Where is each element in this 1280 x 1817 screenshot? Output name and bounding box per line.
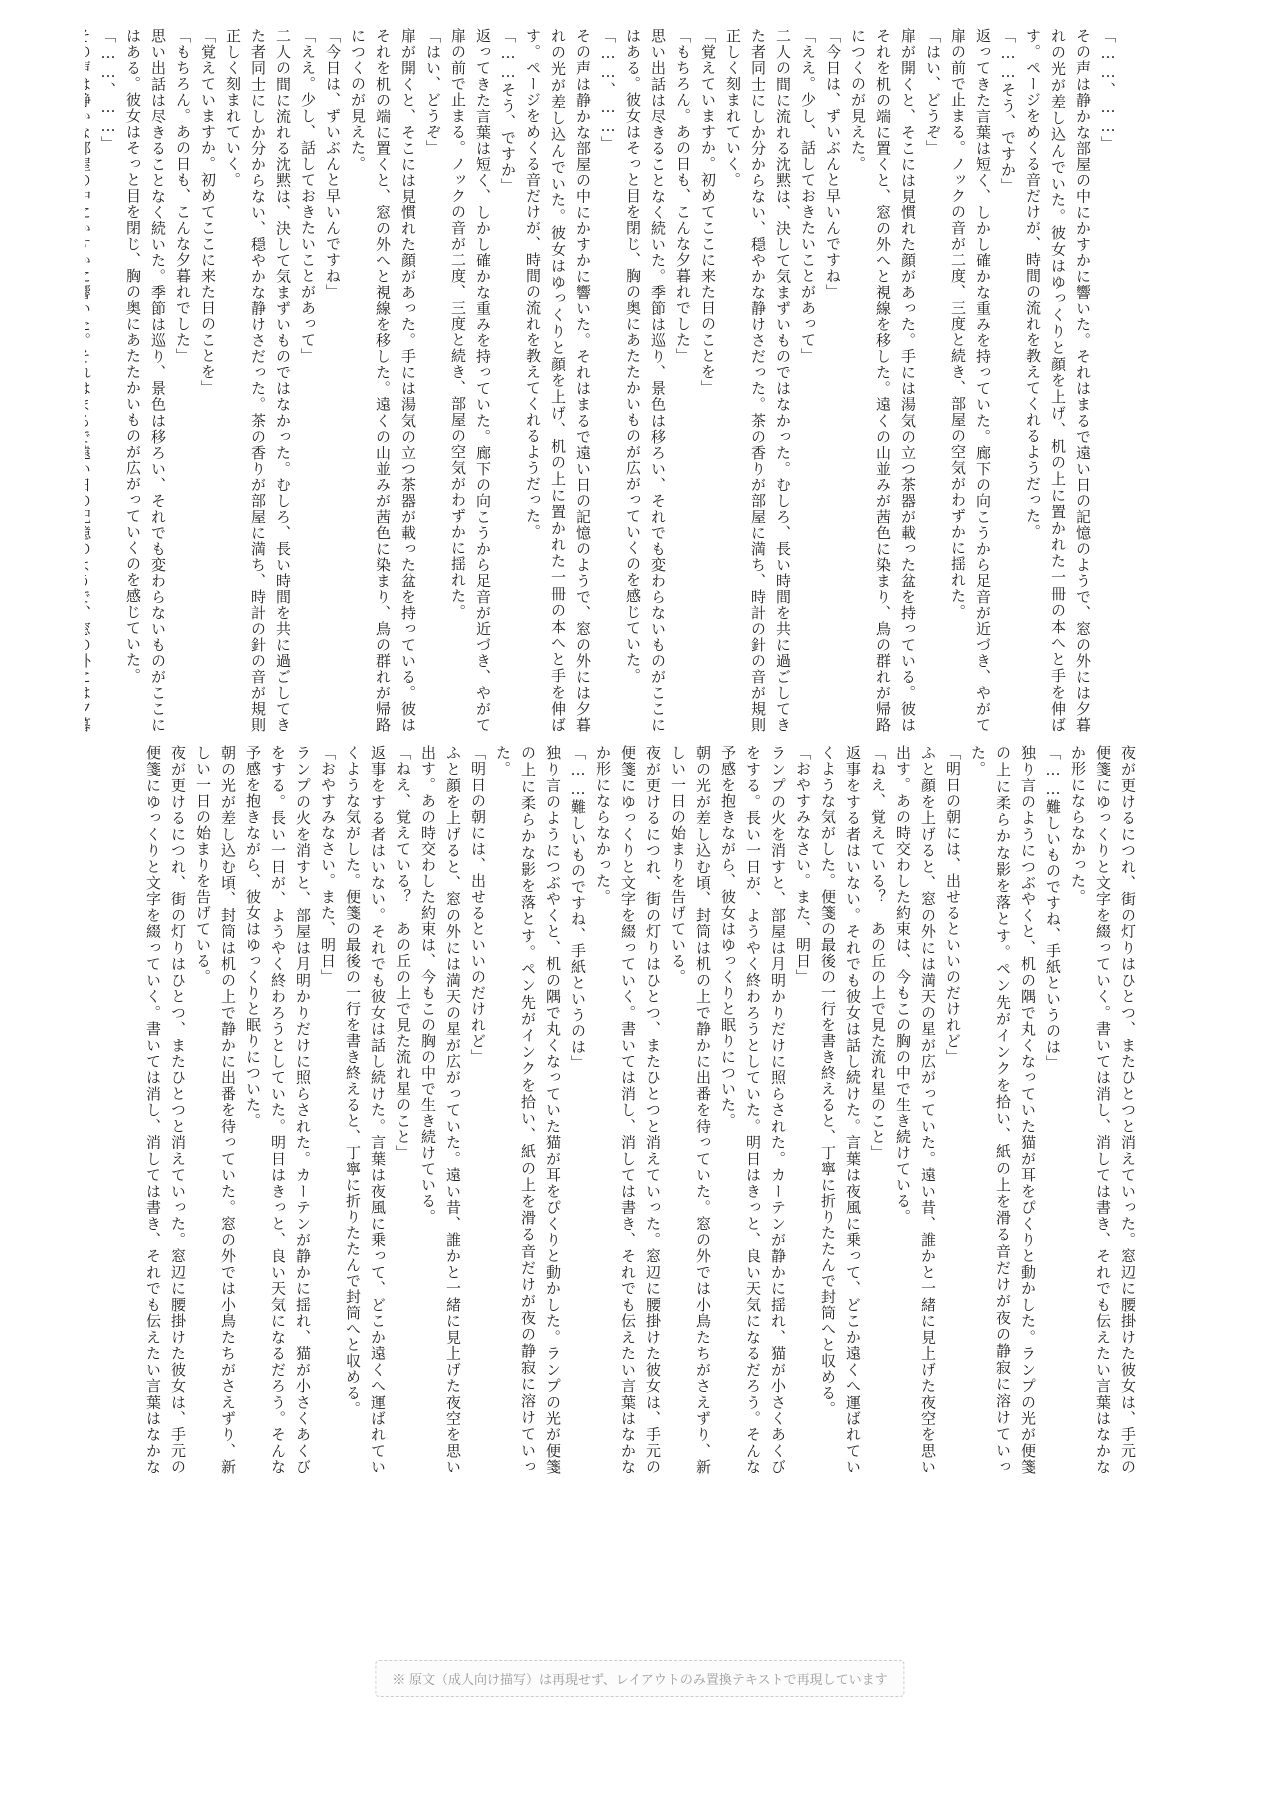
content-replacement-notice: ※ 原文（成人向け描写）は再現せず、レイアウトのみ置換テキストで再現しています bbox=[375, 1660, 904, 1697]
paragraph: 思い出話は尽きることなく続いた。季節は巡り、景色は移ろい、それでも変わらないもの… bbox=[120, 28, 170, 733]
paragraph: 「ええ。少し、話しておきたいことがあって」 bbox=[295, 28, 320, 733]
paragraph: 「……難しいものですね、手紙というのは」 bbox=[1040, 745, 1065, 1475]
text-block-bottom: 夜が更けるにつれ、街の灯りはひとつ、またひとつと消えていった。窓辺に腰掛けた彼女… bbox=[140, 745, 1140, 1475]
paragraph: その声は静かな部屋の中にかすかに響いた。それはまるで遠い日の記憶のようで、窓の外… bbox=[1020, 28, 1095, 733]
paragraph: 「……、……」 bbox=[595, 28, 620, 733]
paragraph: 二人の間に流れる沈黙は、決して気まずいものではなかった。むしろ、長い時間を共に過… bbox=[720, 28, 795, 733]
paragraph: 「……、……」 bbox=[95, 28, 120, 733]
paragraph: 夜が更けるにつれ、街の灯りはひとつ、またひとつと消えていった。窓辺に腰掛けた彼女… bbox=[1065, 745, 1140, 1475]
paragraph: 「覚えていますか。初めてここに来た日のことを」 bbox=[195, 28, 220, 733]
paragraph: 夜が更けるにつれ、街の灯りはひとつ、またひとつと消えていった。窓辺に腰掛けた彼女… bbox=[590, 745, 665, 1475]
paragraph: 夜が更けるにつれ、街の灯りはひとつ、またひとつと消えていった。窓辺に腰掛けた彼女… bbox=[140, 745, 190, 1475]
paragraph: その声は静かな部屋の中にかすかに響いた。それはまるで遠い日の記憶のようで、窓の外… bbox=[85, 28, 95, 733]
paragraph: ふと顔を上げると、窓の外には満天の星が広がっていた。遠い昔、誰かと一緒に見上げた… bbox=[415, 745, 465, 1475]
paragraph: 「……、……」 bbox=[1095, 28, 1120, 733]
paragraph: 独り言のようにつぶやくと、机の隅で丸くなっていた猫が耳をぴくりと動かした。ランプ… bbox=[965, 745, 1040, 1475]
paragraph: 「覚えていますか。初めてここに来た日のことを」 bbox=[695, 28, 720, 733]
paragraph: 「……そう、ですか」 bbox=[995, 28, 1020, 733]
paragraph: ランプの火を消すと、部屋は月明かりだけに照らされた。カーテンが静かに揺れ、猫が小… bbox=[715, 745, 790, 1475]
paragraph: 「ええ。少し、話しておきたいことがあって」 bbox=[795, 28, 820, 733]
paragraph: 返ってきた言葉は短く、しかし確かな重みを持っていた。廊下の向こうから足音が近づき… bbox=[945, 28, 995, 733]
paragraph: 二人の間に流れる沈黙は、決して気まずいものではなかった。むしろ、長い時間を共に過… bbox=[220, 28, 295, 733]
paragraph: 返事をする者はいない。それでも彼女は話し続けた。言葉は夜風に乗って、どこか遠くへ… bbox=[340, 745, 390, 1475]
paragraph: 「今日は、ずいぶんと早いんですね」 bbox=[320, 28, 345, 733]
paragraph: 「明日の朝には、出せるといいのだけれど」 bbox=[940, 745, 965, 1475]
paragraph: 「ねえ、覚えている？ あの丘の上で見た流れ星のこと」 bbox=[865, 745, 890, 1475]
paragraph: 思い出話は尽きることなく続いた。季節は巡り、景色は移ろい、それでも変わらないもの… bbox=[620, 28, 670, 733]
paragraph: 返事をする者はいない。それでも彼女は話し続けた。言葉は夜風に乗って、どこか遠くへ… bbox=[815, 745, 865, 1475]
paragraph: 「明日の朝には、出せるといいのだけれど」 bbox=[465, 745, 490, 1475]
paragraph: 朝の光が差し込む頃、封筒は机の上で静かに出番を待っていた。窓の外では小鳥たちがさ… bbox=[190, 745, 240, 1475]
scanned-page: 「……、……」その声は静かな部屋の中にかすかに響いた。それはまるで遠い日の記憶の… bbox=[0, 0, 1280, 1817]
paragraph: 「おやすみなさい。また、明日」 bbox=[315, 745, 340, 1475]
paragraph: 「ねえ、覚えている？ あの丘の上で見た流れ星のこと」 bbox=[390, 745, 415, 1475]
paragraph: ランプの火を消すと、部屋は月明かりだけに照らされた。カーテンが静かに揺れ、猫が小… bbox=[240, 745, 315, 1475]
paragraph: 朝の光が差し込む頃、封筒は机の上で静かに出番を待っていた。窓の外では小鳥たちがさ… bbox=[665, 745, 715, 1475]
paragraph: 「もちろん。あの日も、こんな夕暮れでした」 bbox=[670, 28, 695, 733]
paragraph: 扉が開くと、そこには見慣れた顔があった。手には湯気の立つ茶器が載った盆を持ってい… bbox=[845, 28, 920, 733]
paragraph: 「はい、どうぞ」 bbox=[920, 28, 945, 733]
paragraph: 「……難しいものですね、手紙というのは」 bbox=[565, 745, 590, 1475]
paragraph: 「もちろん。あの日も、こんな夕暮れでした」 bbox=[170, 28, 195, 733]
paragraph: 「今日は、ずいぶんと早いんですね」 bbox=[820, 28, 845, 733]
paragraph: 返ってきた言葉は短く、しかし確かな重みを持っていた。廊下の向こうから足音が近づき… bbox=[445, 28, 495, 733]
paragraph: 「……そう、ですか」 bbox=[495, 28, 520, 733]
paragraph: 扉が開くと、そこには見慣れた顔があった。手には湯気の立つ茶器が載った盆を持ってい… bbox=[345, 28, 420, 733]
paragraph: その声は静かな部屋の中にかすかに響いた。それはまるで遠い日の記憶のようで、窓の外… bbox=[520, 28, 595, 733]
paragraph: 「おやすみなさい。また、明日」 bbox=[790, 745, 815, 1475]
paragraph: 「はい、どうぞ」 bbox=[420, 28, 445, 733]
text-block-top: 「……、……」その声は静かな部屋の中にかすかに響いた。それはまるで遠い日の記憶の… bbox=[85, 28, 1120, 733]
paragraph: 独り言のようにつぶやくと、机の隅で丸くなっていた猫が耳をぴくりと動かした。ランプ… bbox=[490, 745, 565, 1475]
paragraph: ふと顔を上げると、窓の外には満天の星が広がっていた。遠い昔、誰かと一緒に見上げた… bbox=[890, 745, 940, 1475]
